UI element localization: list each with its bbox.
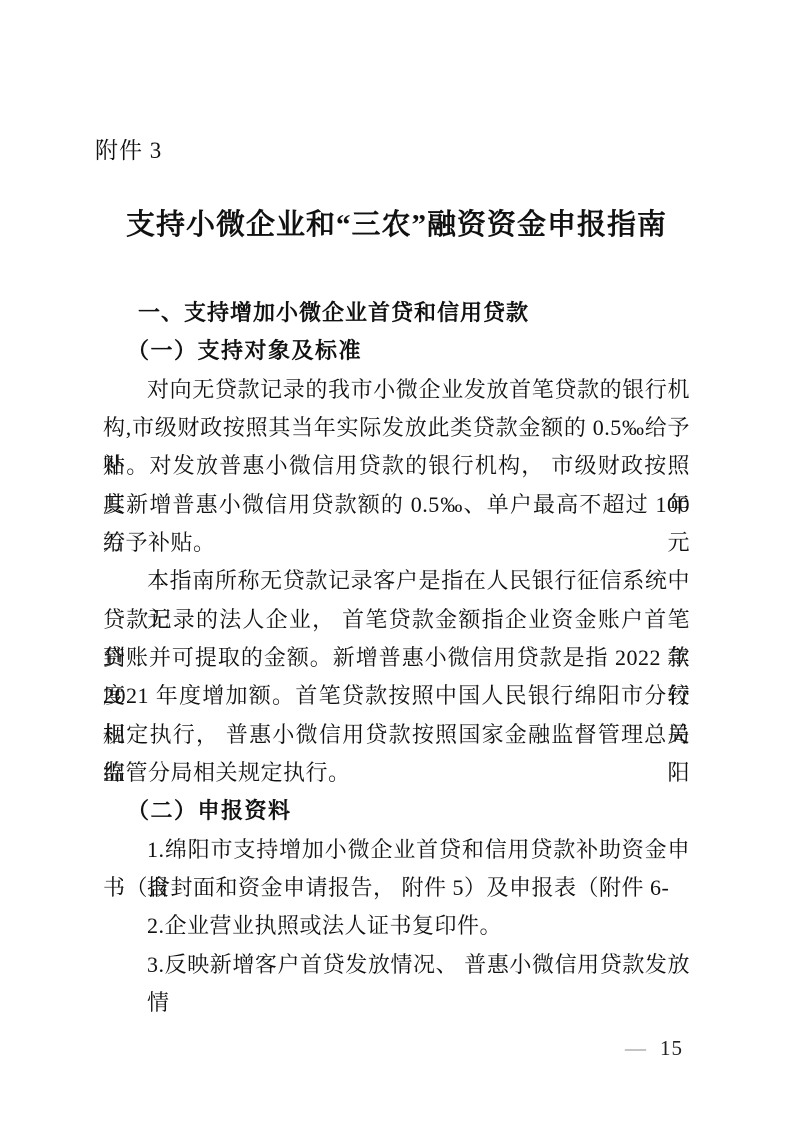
body-line: 对向无贷款记录的我市小微企业发放首笔贷款的银行机 [103,371,690,409]
footer-dash: — [625,1036,646,1060]
body-line: 构,市级财政按照其当年实际发放此类贷款金额的 0.5‰给予补 [103,409,690,447]
body-line: 规定执行， 普惠小微信用贷款按照国家金融监督管理总局绵阳 [103,716,690,754]
body-line: 3.反映新增客户首贷发放情况、 普惠小微信用贷款发放情 [103,946,690,984]
document-page: 附件 3 支持小微企业和“三农”融资资金申报指南 一、支持增加小微企业首贷和信用… [0,0,793,1122]
page-footer: —15 [625,1035,683,1061]
subsection-heading-2: （二）申报资料 [103,792,690,830]
body-line: 度新增普惠小微信用贷款额的 0.5‰、单户最高不超过 100 万元 [103,486,690,524]
page-number: 15 [660,1036,683,1060]
document-body: 一、支持增加小微企业首贷和信用贷款 （一）支持对象及标准 对向无贷款记录的我市小… [103,294,690,984]
body-line: 2.企业营业执照或法人证书复印件。 [103,907,690,945]
body-line: 本指南所称无贷款记录客户是指在人民银行征信系统中无 [103,562,690,600]
subsection-heading-1: （一）支持对象及标准 [103,332,690,370]
attachment-label: 附件 3 [95,136,162,166]
body-line: 贴。对发放普惠小微信用贷款的银行机构， 市级财政按照其年 [103,447,690,485]
section-heading: 一、支持增加小微企业首贷和信用贷款 [103,294,690,332]
document-title: 支持小微企业和“三农”融资资金申报指南 [0,205,793,245]
body-line: 2021 年度增加额。首笔贷款按照中国人民银行绵阳市分行相关 [103,677,690,715]
body-line: 到账并可提取的金额。新增普惠小微信用贷款是指 2022 年度较 [103,639,690,677]
body-line: 贷款记录的法人企业， 首笔贷款金额指企业资金账户首笔贷款 [103,601,690,639]
body-line: 1.绵阳市支持增加小微企业首贷和信用贷款补助资金申报 [103,831,690,869]
body-line: 书（含封面和资金申请报告， 附件 5）及申报表（附件 6-8）。 [103,869,690,907]
